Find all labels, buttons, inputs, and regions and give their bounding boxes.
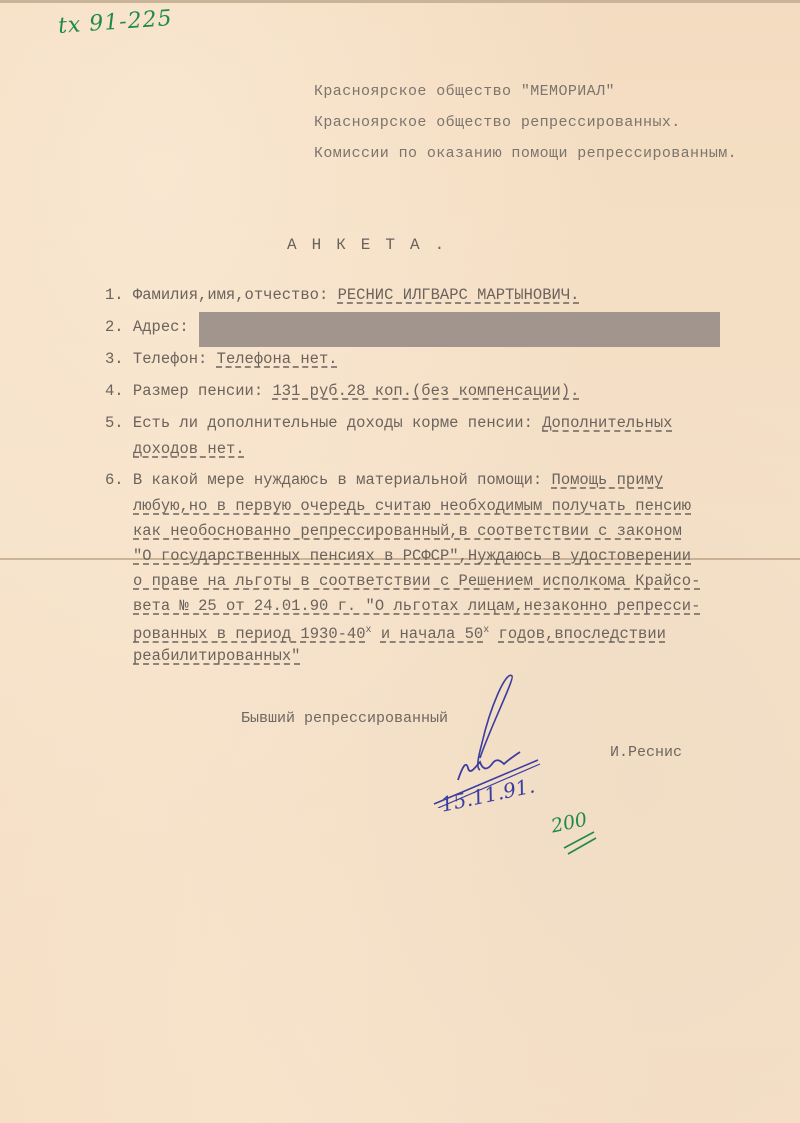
green-underline-strokes-icon [560,830,600,856]
item-answer: РЕСНИС ИЛГВАРС МАРТЫНОВИЧ. [338,286,580,304]
item-label: Размер пенсии: [133,382,263,400]
item-number: 6. [105,471,124,489]
item-answer: о праве на льготы в соответствии с Решен… [133,572,700,590]
item-number: 4. [105,382,124,400]
item-answer: Помощь приму [552,471,664,489]
item-6-line-2: любую,но в первую очередь считаю необход… [133,493,691,519]
archive-reference-number: tx 91-225 [57,6,173,39]
item-number: 3. [105,350,124,368]
item-label: В какой мере нуждаюсь в материальной пом… [133,471,542,489]
letterhead-line-1: Красноярское общество "МЕМОРИАЛ" [314,76,737,107]
item-number: 2. [105,318,124,336]
paper-top-edge [0,0,800,3]
document-title: АНКЕТА. [287,236,459,254]
item-number: 5. [105,414,124,432]
item-answer: любую,но в первую очередь считаю необход… [133,497,691,515]
item-answer: Дополнительных [542,414,672,432]
item-answer: доходов нет. [133,440,245,458]
item-label: Есть ли дополнительные доходы корме пенс… [133,414,533,432]
questionnaire-item-1: 1. Фамилия,имя,отчество: РЕСНИС ИЛГВАРС … [105,282,579,308]
item-label: Телефон: [133,350,207,368]
superscript: x [483,625,489,636]
item-6-line-3: как необоснованно репрессированный,в соо… [133,518,682,544]
item-5-continuation: доходов нет. [133,436,245,462]
item-answer: 131 руб.28 коп.(без компенсации). [272,382,579,400]
item-6-line-5: о праве на льготы в соответствии с Решен… [133,568,700,594]
item-answer: рованных в период 1930-40 [133,625,366,643]
item-answer: Телефона нет. [217,350,338,368]
item-number: 1. [105,286,124,304]
item-6-line-8: реабилитированных" [133,643,300,669]
questionnaire-item-2: 2. Адрес: [105,314,189,340]
item-label: Адрес: [133,318,189,336]
signatory-name: И.Реснис [610,744,682,761]
item-answer: как необоснованно репрессированный,в соо… [133,522,682,540]
item-answer: годов,впоследствии [499,625,666,643]
address-redaction-box [199,312,720,347]
item-label: Фамилия,имя,отчество: [133,286,328,304]
item-answer: вета № 25 от 24.01.90 г. "О льготах лица… [133,597,700,615]
letterhead-line-2: Красноярское общество репрессированных. [314,107,737,138]
questionnaire-item-3: 3. Телефон: Телефона нет. [105,346,338,372]
letterhead: Красноярское общество "МЕМОРИАЛ" Красноя… [314,76,737,169]
item-answer: "О государственных пенсиях в РСФСР",Нужд… [133,547,691,565]
questionnaire-item-5: 5. Есть ли дополнительные доходы корме п… [105,410,672,436]
item-answer: реабилитированных" [133,647,300,665]
signatory-role: Бывший репрессированный [241,710,448,727]
questionnaire-item-6: 6. В какой мере нуждаюсь в материальной … [105,467,663,493]
letterhead-line-3: Комиссии по оказанию помощи репрессирова… [314,138,737,169]
item-6-line-6: вета № 25 от 24.01.90 г. "О льготах лица… [133,593,700,619]
item-answer: и начала 50 [381,625,483,643]
superscript: x [366,625,372,636]
questionnaire-item-4: 4. Размер пенсии: 131 руб.28 коп.(без ко… [105,378,579,404]
item-6-line-4: "О государственных пенсиях в РСФСР",Нужд… [133,543,691,569]
